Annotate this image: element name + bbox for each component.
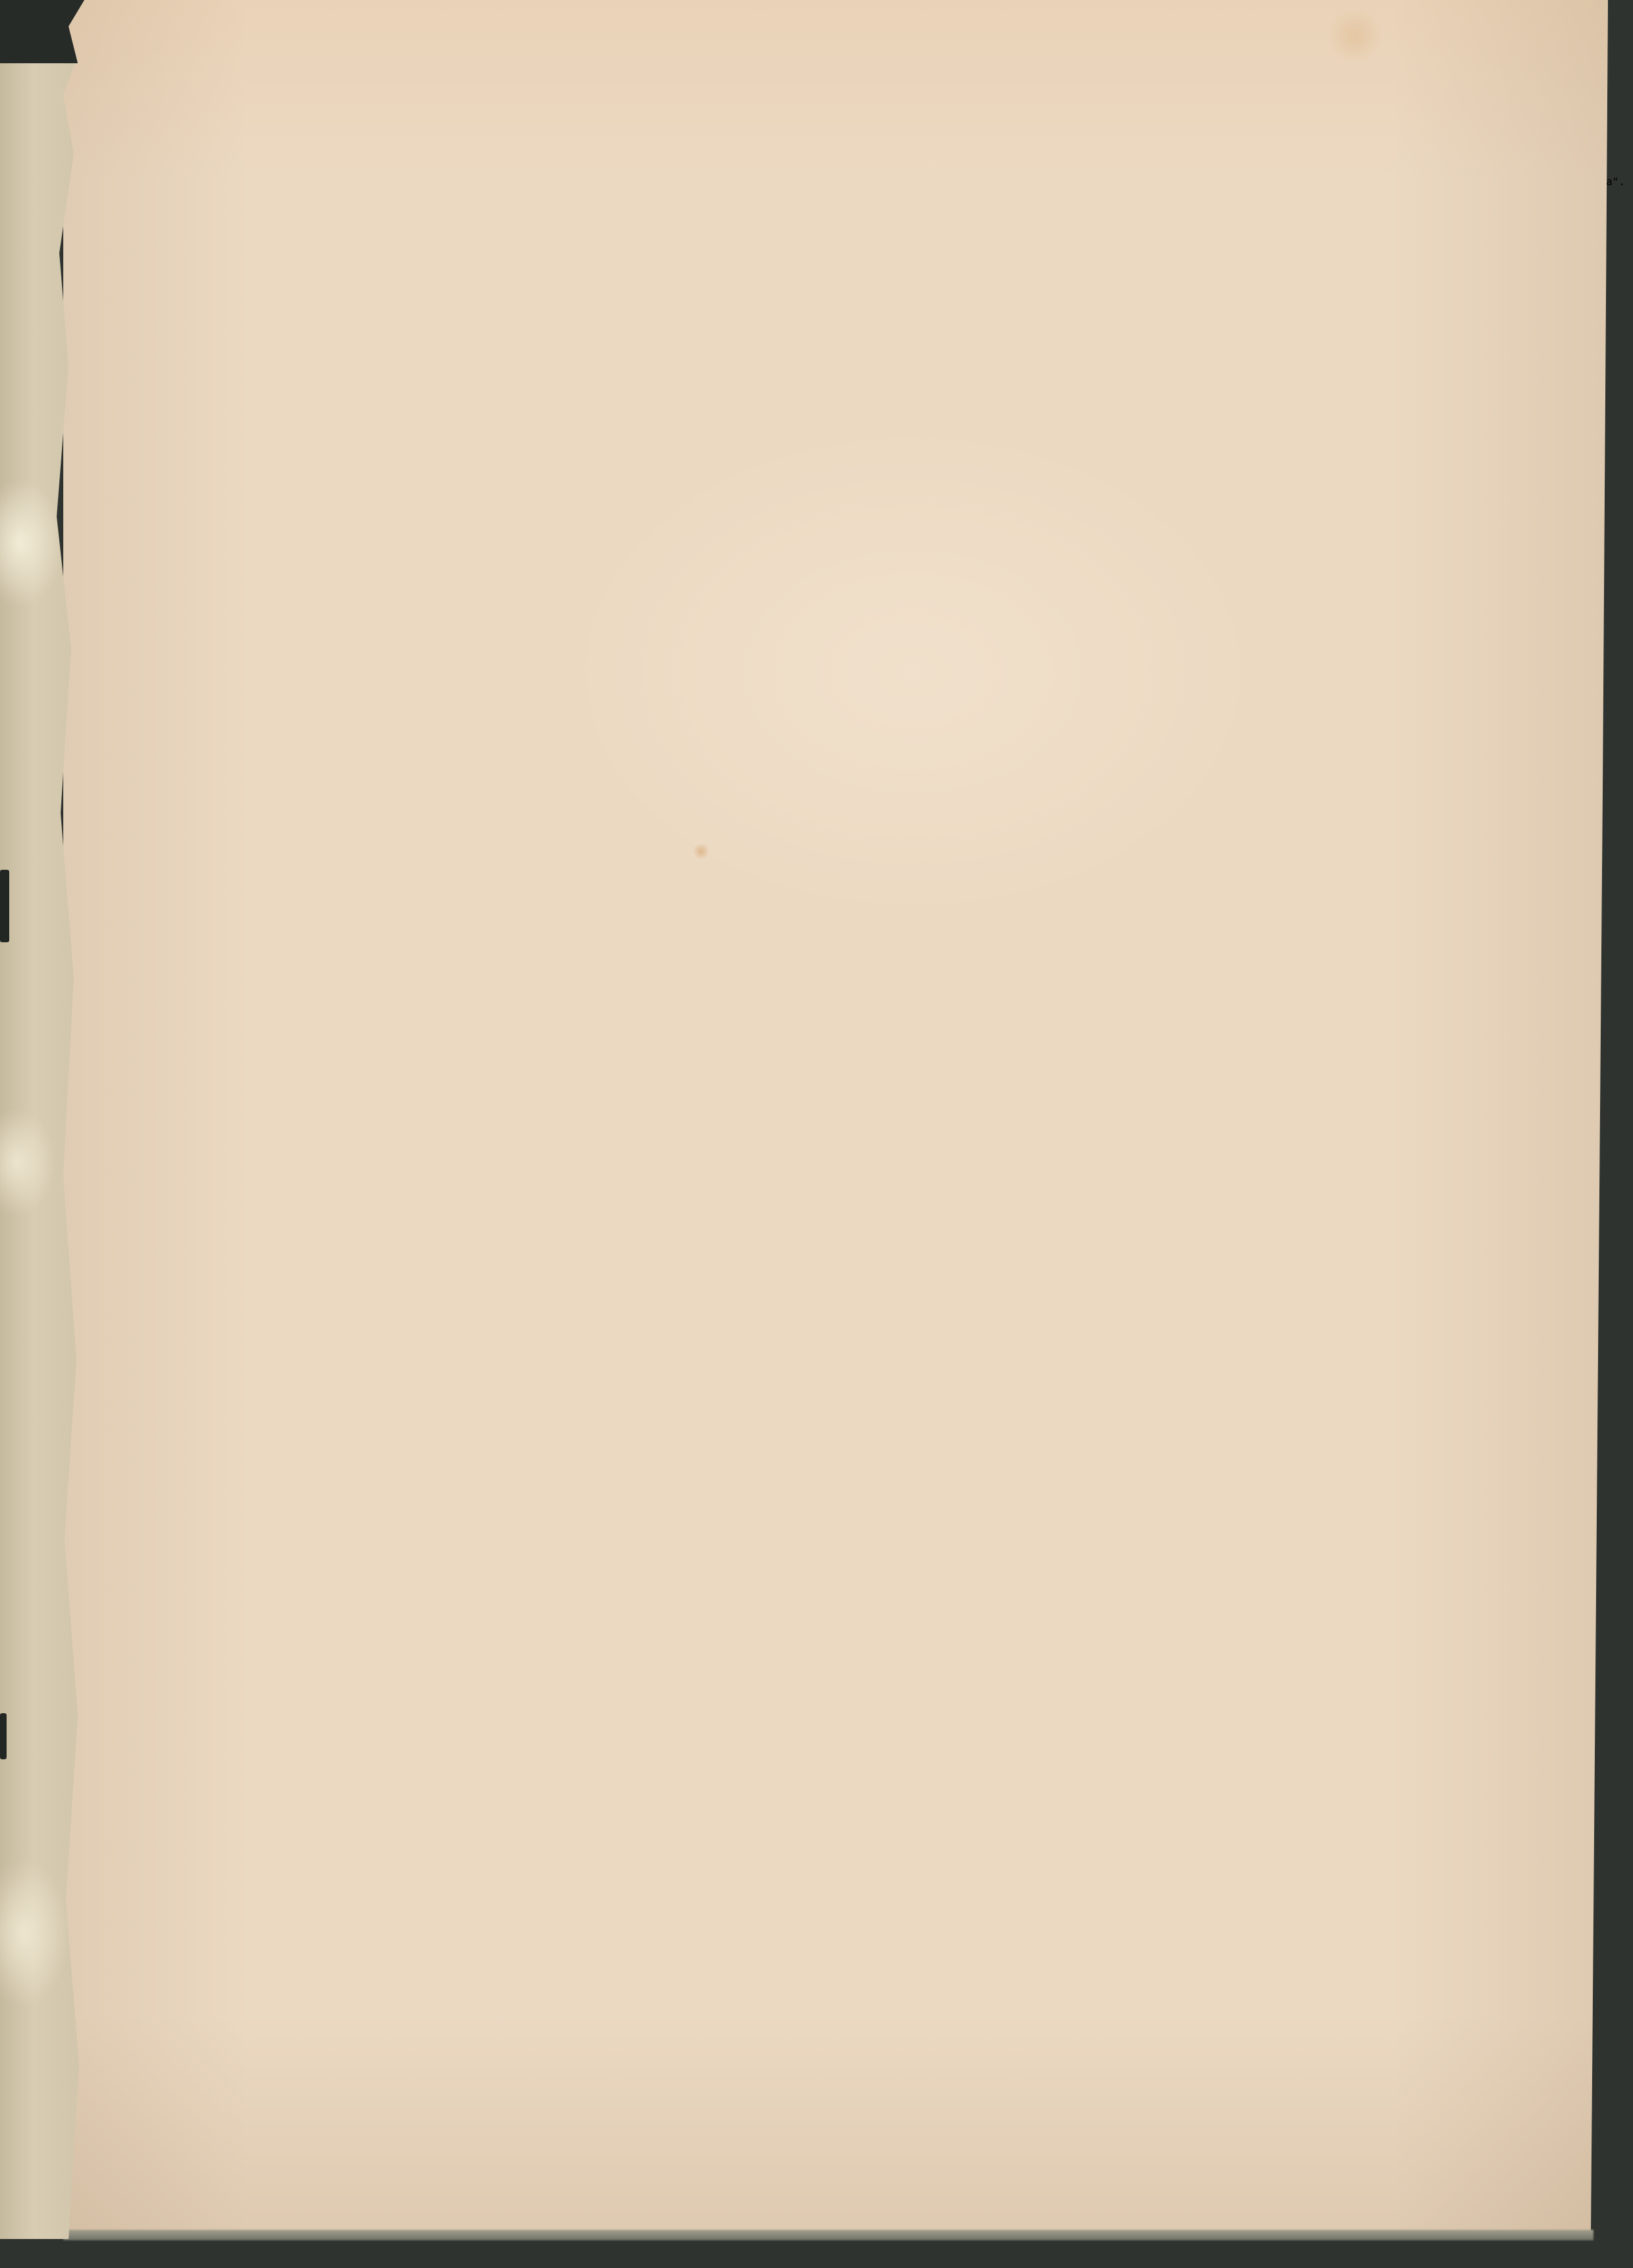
scanned-document: - 3 - 14 80 п.ПОЛУБОТЬКО. Що торкається … bbox=[0, 0, 1633, 2268]
document-page bbox=[63, 0, 1608, 2239]
edge-notch bbox=[0, 1713, 7, 1759]
paper-bottom-edge bbox=[63, 2230, 1593, 2240]
scanner-background-right bbox=[1582, 0, 1633, 2268]
edge-notch bbox=[0, 870, 9, 942]
